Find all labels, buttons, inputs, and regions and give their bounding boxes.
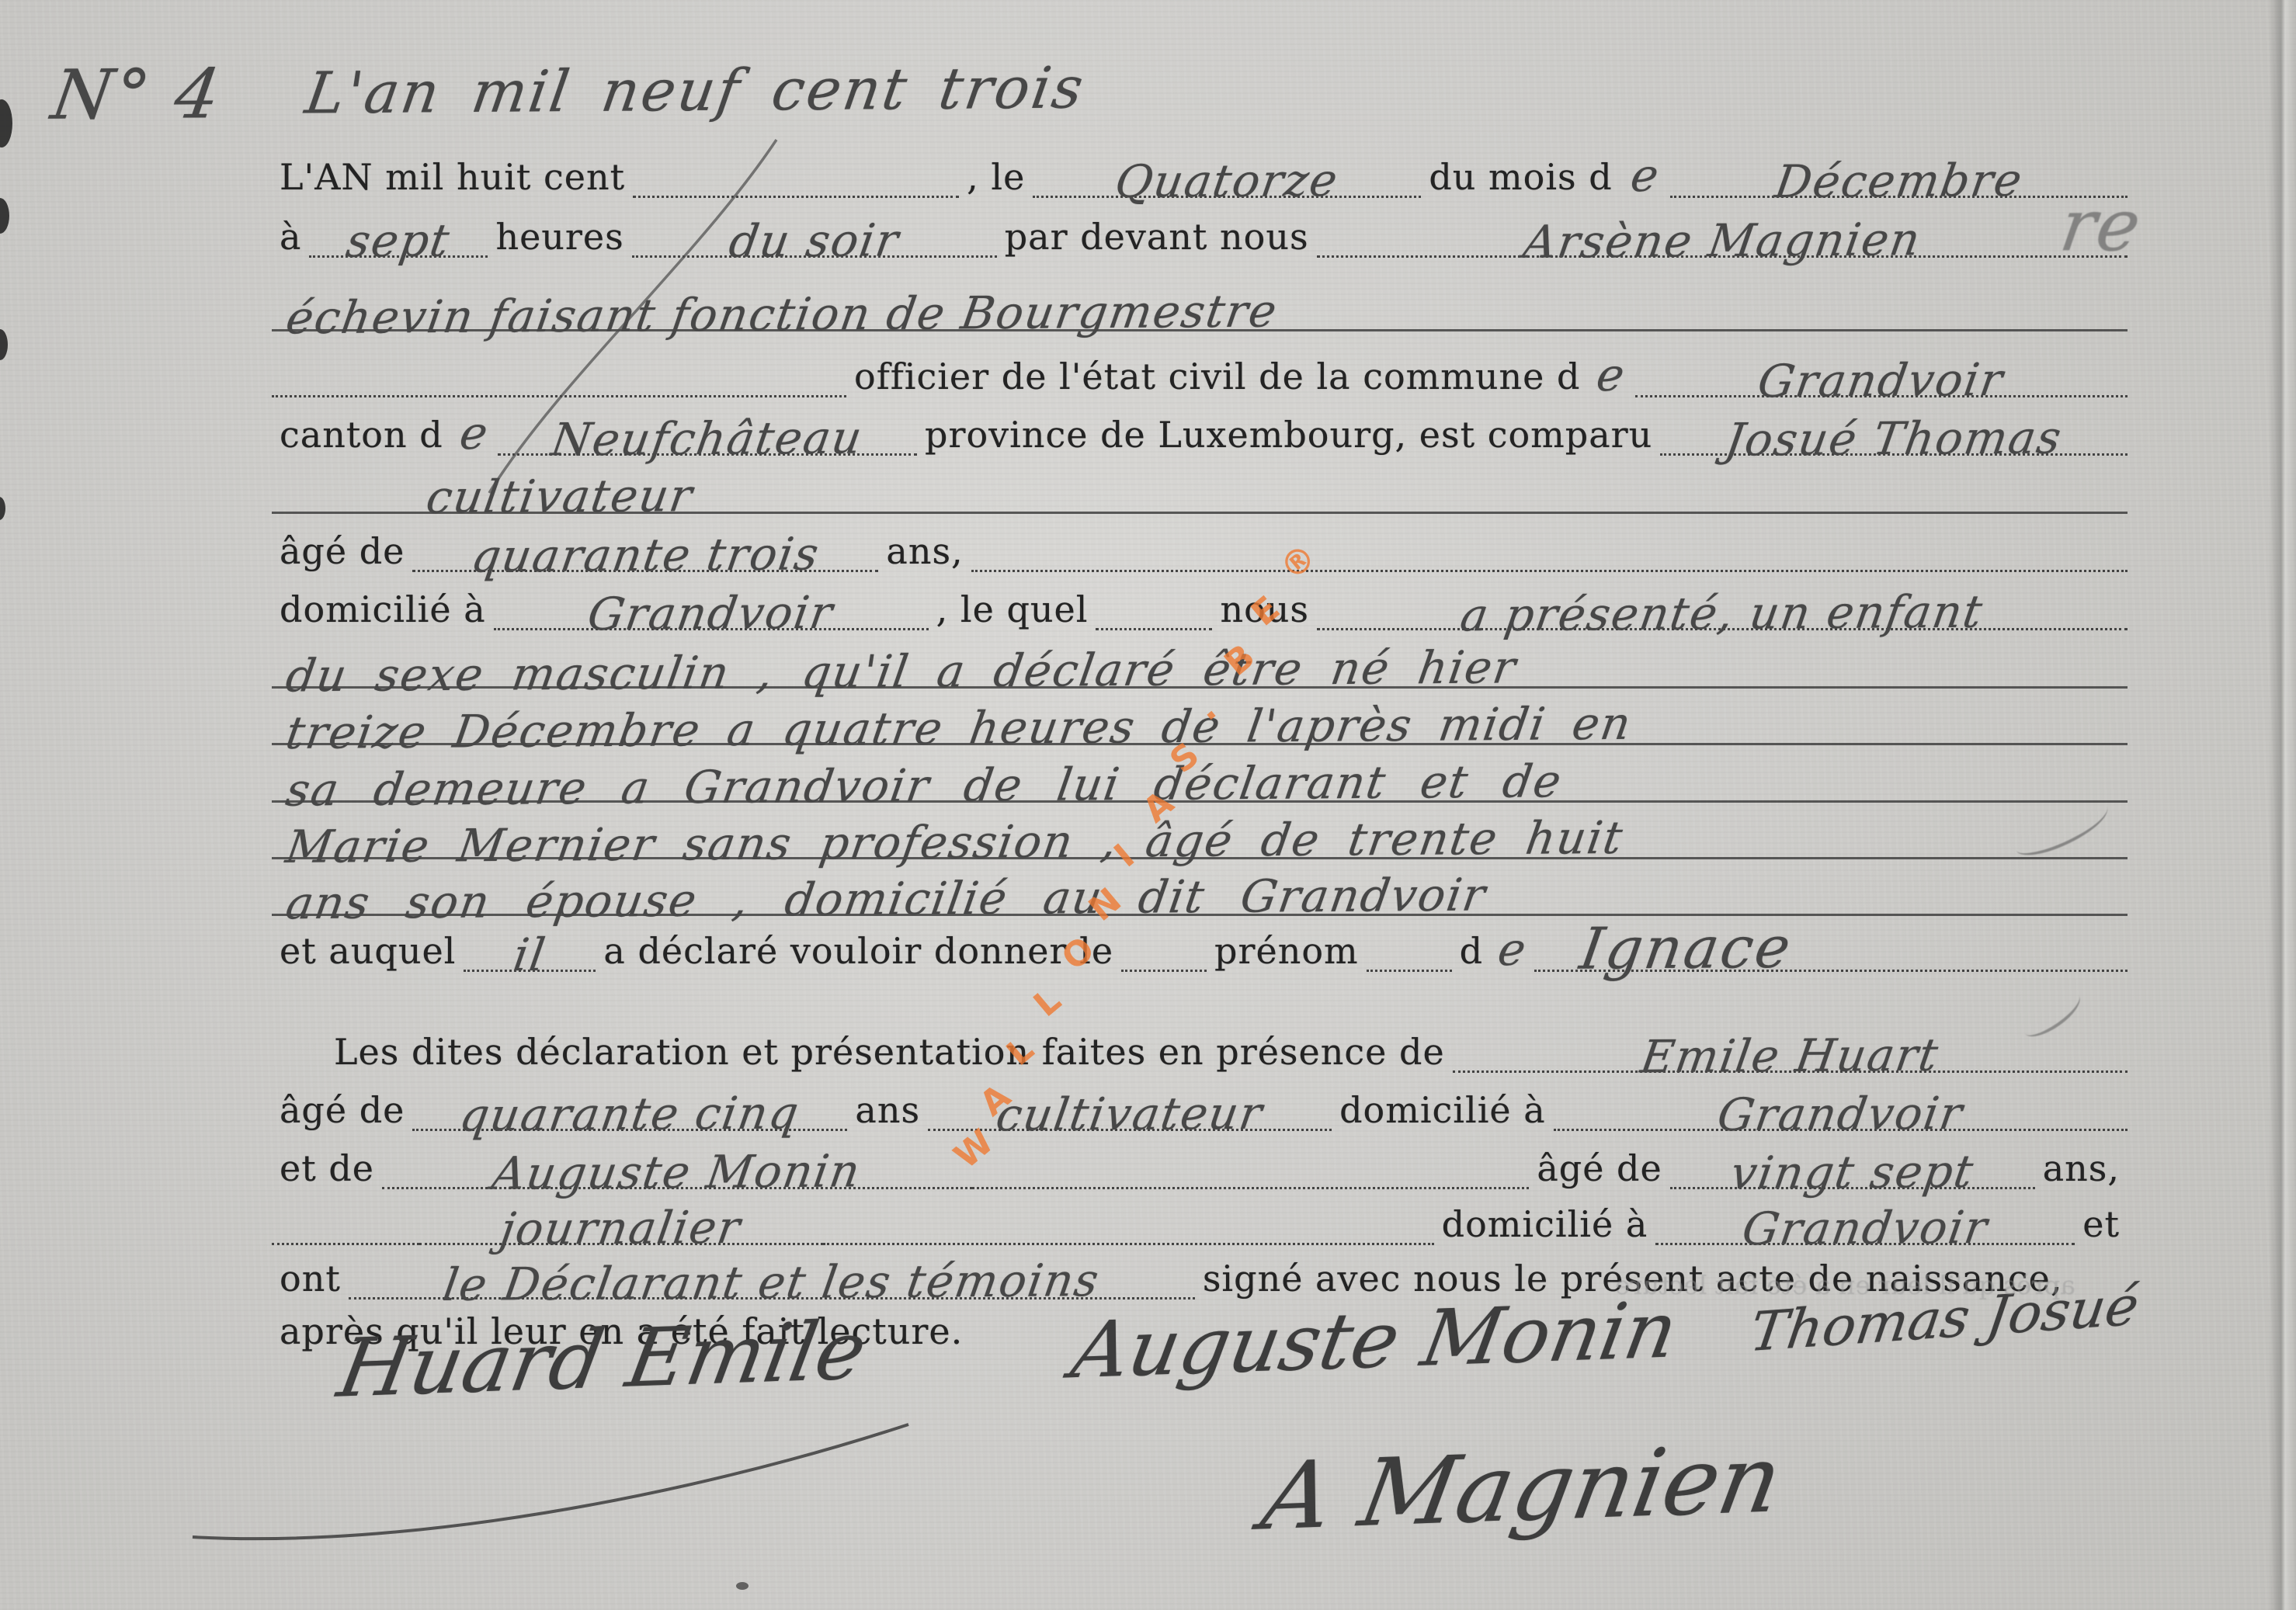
fill-line: [1367, 910, 1452, 972]
fill-line: vingt sept: [1670, 1127, 2035, 1189]
edge-blot: [0, 99, 12, 147]
fill-line: quarante cinq: [412, 1069, 847, 1131]
form-line-18: journalier domicilié à Grandvoir et: [272, 1183, 2128, 1245]
fill-line: il: [464, 910, 596, 972]
handwritten-pronoun: il: [510, 932, 549, 977]
printed-text: domicilié à: [1332, 1089, 1554, 1131]
printed-text: et auquel: [272, 930, 464, 972]
fill-line: Josué Thomas: [1660, 394, 2128, 456]
signature-magnien: A Magnien: [1254, 1426, 1789, 1552]
fill-line: Arsène Magnien: [1317, 196, 2128, 258]
form-line-16: âgé de quarante cinq ans cultivateur dom…: [272, 1069, 2128, 1131]
handwritten-hour: sept: [344, 218, 453, 264]
printed-text: officier de l'état civil de la commune d: [846, 356, 1588, 397]
fill-line: Ignace: [1534, 910, 2128, 972]
fill-line: Grandvoir: [1635, 335, 2128, 397]
printed-text: Les dites déclaration et présentation fa…: [326, 1031, 1453, 1073]
printed-text: , le: [959, 156, 1033, 198]
handwritten-officer-name: Arsène Magnien: [1520, 217, 1924, 265]
edge-blot: [0, 329, 8, 360]
bleedthrough-mark: re: [2056, 190, 2146, 262]
fill-line: journalier: [419, 1183, 823, 1245]
printed-text: âgé de: [272, 1089, 412, 1131]
form-line-11: sa demeure a Grandvoir de lui déclarant …: [272, 741, 2128, 803]
fill-line: quarante trois: [412, 510, 878, 572]
handwritten-letter: e: [1594, 352, 1629, 397]
form-line-13: ans son épouse , domicilié au dit Grandv…: [272, 854, 2128, 916]
printed-text: prénom: [1207, 930, 1367, 972]
printed-text: par devant nous: [997, 216, 1317, 258]
fill-line: Décembre: [1670, 136, 2128, 198]
edge-blot: [0, 198, 9, 234]
act-number: N° 4: [47, 60, 227, 130]
printed-text: ans: [847, 1089, 928, 1131]
fill-line: du sexe masculin , qu'il a déclaré être …: [272, 626, 2128, 689]
pen-flourish: [466, 132, 792, 505]
scanned-birth-certificate: N° 4 L'an mil neuf cent trois L'AN mil h…: [0, 0, 2296, 1610]
fill-line: [823, 1183, 1434, 1245]
handwritten-given-name: Ignace: [1530, 919, 1797, 978]
printed-text: d: [1452, 930, 1491, 972]
fill-line: sa demeure a Grandvoir de lui déclarant …: [272, 741, 2128, 803]
printed-text: domicilié à: [272, 588, 494, 630]
printed-text: à: [272, 216, 309, 258]
fill-line: ans son épouse , domicilié au dit Grandv…: [272, 854, 2128, 916]
form-line-15: Les dites déclaration et présentation fa…: [326, 1011, 2128, 1073]
form-line-7: âgé de quarante trois ans,: [272, 510, 2128, 572]
ink-speck: [736, 1582, 749, 1590]
form-line-14: et auquel il a déclaré vouloir donner le…: [272, 910, 2128, 972]
fill-line: [972, 1127, 1529, 1189]
edge-blot: [0, 497, 5, 520]
handwritten-letter: e: [1495, 927, 1530, 972]
fill-line: Marie Mernier sans profession , âgé de t…: [272, 797, 2128, 859]
fill-line: Quatorze: [1033, 136, 1421, 198]
fill-line: a présenté, un enfant: [1317, 568, 2128, 630]
printed-text: , le quel: [929, 588, 1096, 630]
printed-text: du mois d: [1421, 156, 1620, 198]
bleedthrough-text: après qu'il leur en a été fait lecture: [1615, 1270, 2075, 1300]
form-line-8: domicilié à Grandvoir , le quel nous a p…: [272, 568, 2128, 630]
printed-text: âgé de: [272, 530, 412, 572]
headline-handwritten-year: L'an mil neuf cent trois: [302, 60, 1089, 123]
fill-line: Grandvoir: [494, 568, 929, 630]
fill-line: [272, 1183, 419, 1245]
printed-text: province de Luxembourg, est comparu: [917, 414, 1660, 456]
printed-text: a déclaré vouloir donner le: [596, 930, 1121, 972]
fill-line: Auguste Monin: [382, 1127, 972, 1189]
signature-flourish: [186, 1390, 924, 1553]
form-line-9: du sexe masculin , qu'il a déclaré être …: [272, 626, 2128, 689]
fill-line: [1121, 910, 1207, 972]
fill-line: sept: [309, 196, 488, 258]
form-line-17: et de Auguste Monin âgé de vingt sept an…: [272, 1127, 2128, 1189]
printed-text: canton d: [272, 414, 451, 456]
printed-text: ans,: [878, 530, 971, 572]
form-line-12: Marie Mernier sans profession , âgé de t…: [272, 797, 2128, 859]
page-fold-crease: [2269, 0, 2296, 1610]
fill-line: Grandvoir: [1554, 1069, 2128, 1131]
fill-line: [1096, 568, 1212, 630]
handwritten-letter: e: [1627, 153, 1662, 198]
fill-line: [971, 510, 2128, 572]
fill-line: Grandvoir: [1655, 1183, 2075, 1245]
